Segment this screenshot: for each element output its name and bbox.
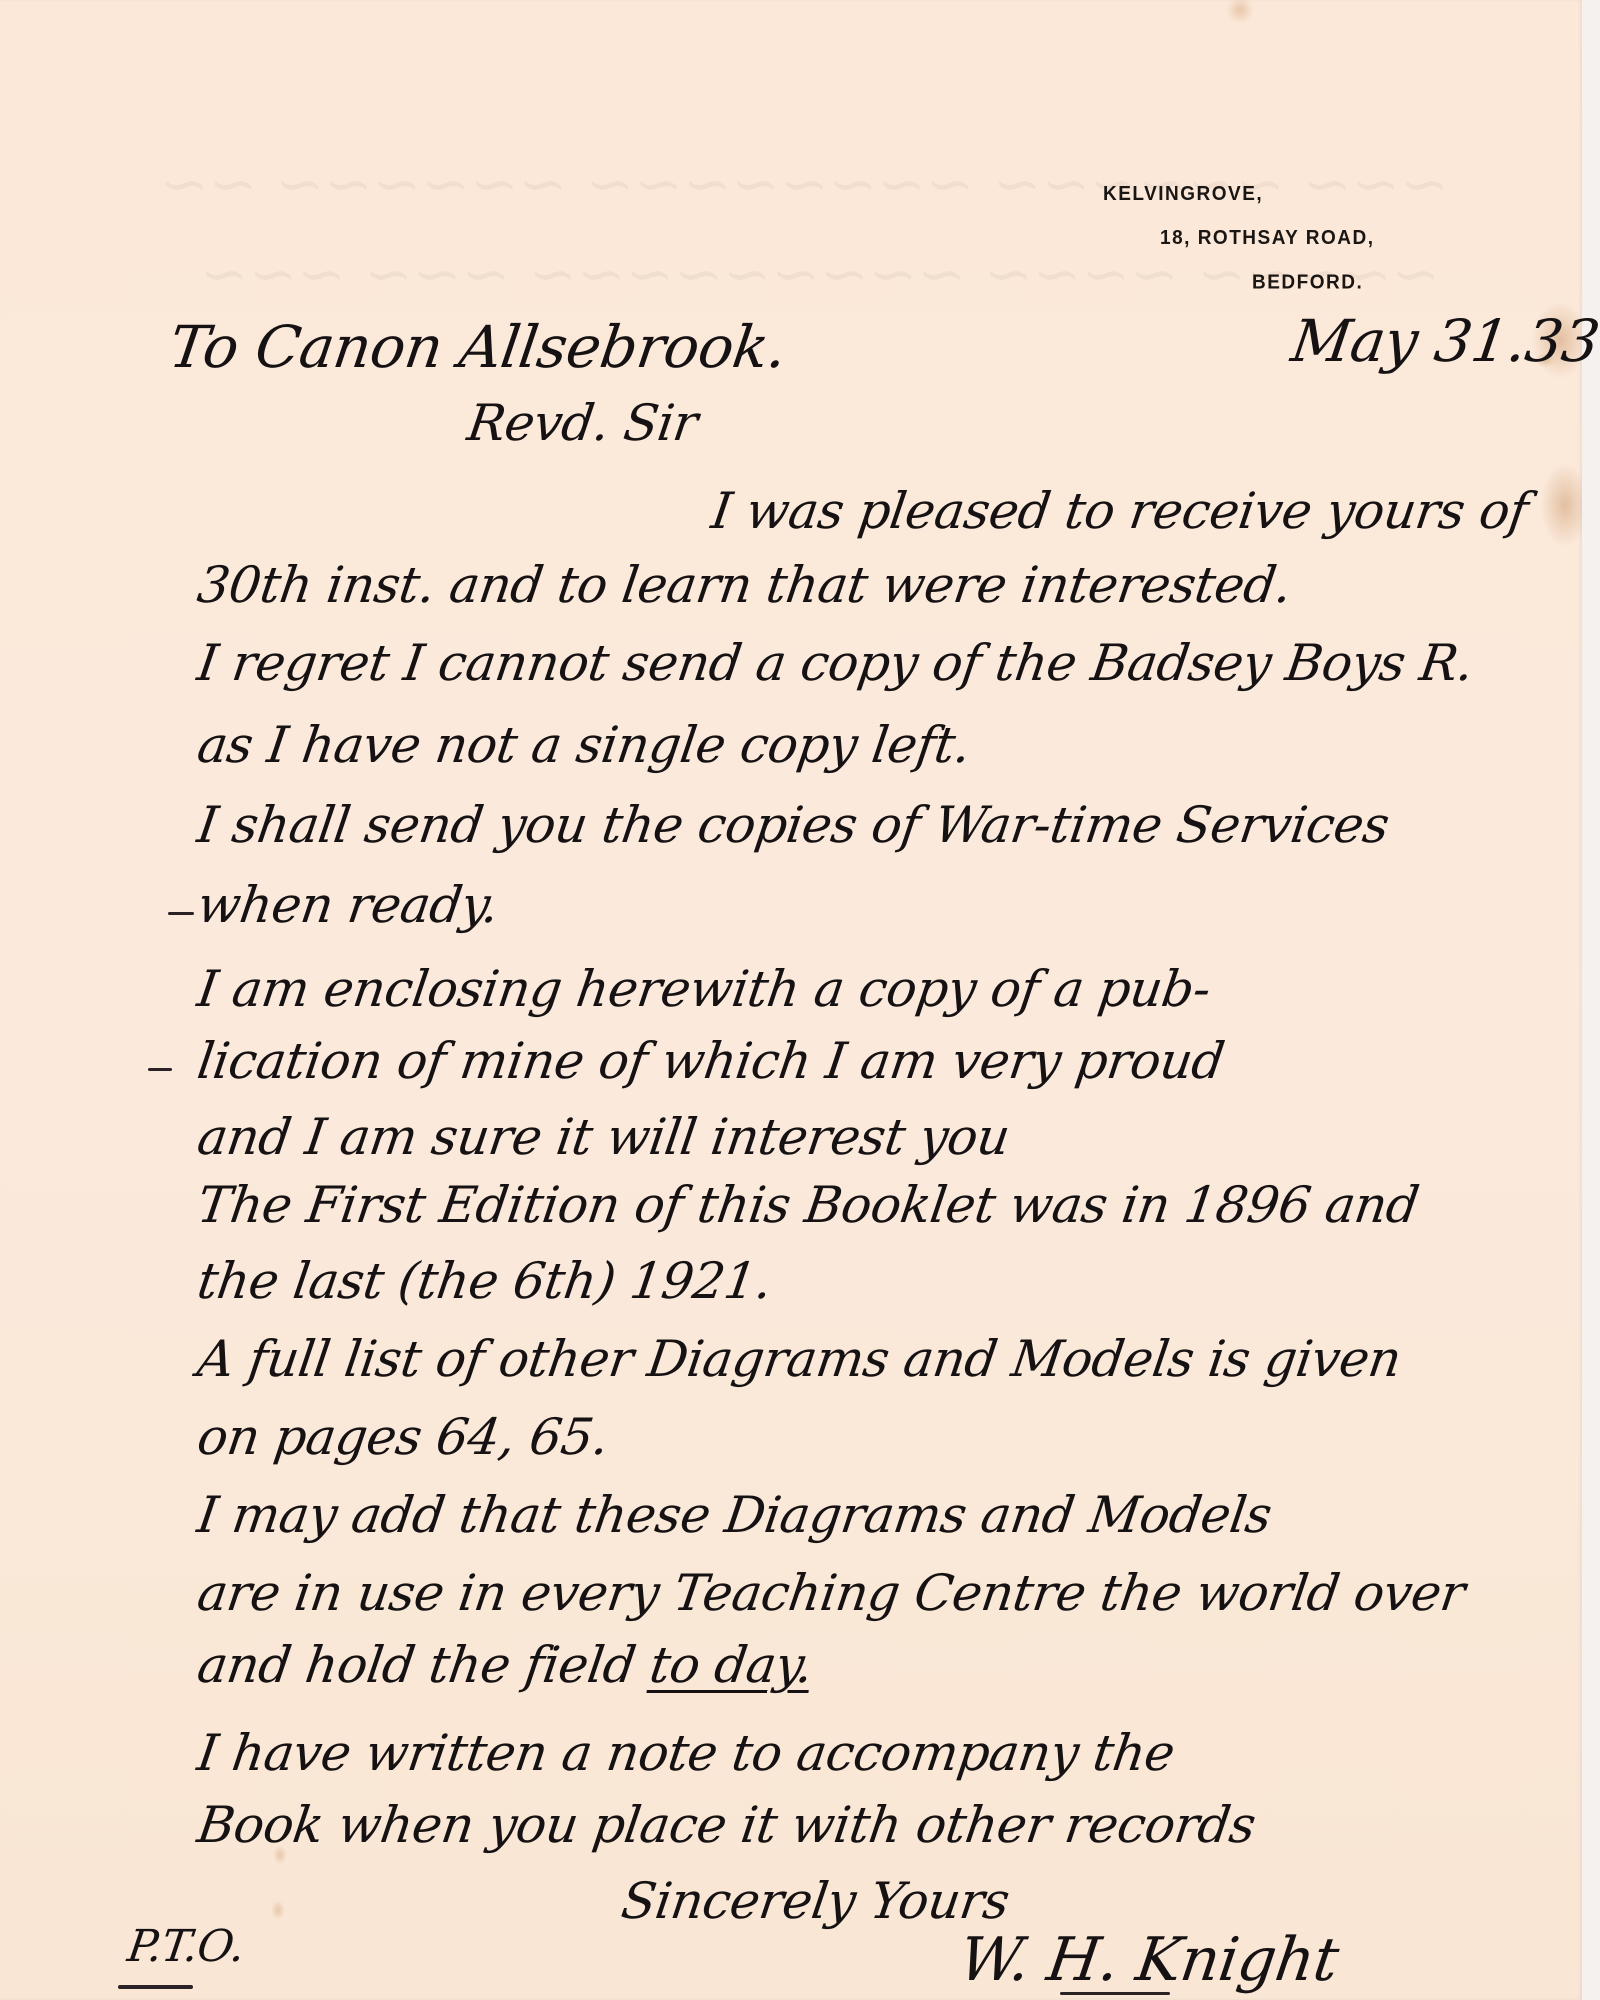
underlined-word: to day. bbox=[646, 1636, 816, 1694]
body-line: the last (the 6th) 1921. bbox=[194, 1256, 774, 1306]
closing: Sincerely Yours bbox=[618, 1876, 1012, 1926]
body-line: and I am sure it will interest you bbox=[194, 1112, 1012, 1162]
letter-paper: ~~~ ~~~~~~ ~~~~~~~~ ~~~~~~ ~~ ~~~~~ ~~~~… bbox=[0, 0, 1582, 2000]
body-line: I am enclosing herewith a copy of a pub- bbox=[194, 964, 1213, 1014]
body-line: I shall send you the copies of War-time … bbox=[194, 800, 1391, 850]
body-line: I have written a note to accompany the bbox=[194, 1728, 1177, 1778]
body-line: and hold the field to day. bbox=[194, 1640, 815, 1690]
body-line: A full list of other Diagrams and Models… bbox=[194, 1334, 1404, 1384]
margin-dash bbox=[148, 1068, 172, 1071]
letterhead-town: BEDFORD. bbox=[1252, 271, 1363, 294]
body-line: Book when you place it with other record… bbox=[194, 1800, 1258, 1850]
body-line: as I have not a single copy left. bbox=[194, 720, 973, 770]
body-line: I regret I cannot send a copy of the Bad… bbox=[194, 638, 1476, 688]
body-line: are in use in every Teaching Centre the … bbox=[194, 1568, 1467, 1618]
body-line: on pages 64, 65. bbox=[194, 1412, 611, 1462]
body-line: 30th inst. and to learn that were intere… bbox=[194, 560, 1294, 610]
body-line: I may add that these Diagrams and Models bbox=[194, 1490, 1274, 1540]
salutation: Revd. Sir bbox=[464, 398, 700, 448]
letterhead-house-name: KELVINGROVE, bbox=[1103, 183, 1263, 206]
body-line: I was pleased to receive yours of bbox=[708, 486, 1530, 536]
addressee: To Canon Allsebrook. bbox=[166, 318, 790, 376]
signature-underline bbox=[1060, 1992, 1170, 1995]
postscript-pto: P.T.O. bbox=[125, 1925, 247, 1969]
body-line: lication of mine of which I am very prou… bbox=[194, 1036, 1227, 1086]
body-line-text: and hold the field bbox=[194, 1636, 639, 1694]
body-line: The First Edition of this Booklet was in… bbox=[194, 1180, 1421, 1230]
margin-dash bbox=[168, 912, 194, 915]
body-line: when ready. bbox=[194, 880, 501, 930]
letterhead-street: 18, ROTHSAY ROAD, bbox=[1160, 227, 1375, 250]
pto-underline bbox=[118, 1985, 193, 1989]
letter-date: May 31.33 bbox=[1288, 312, 1600, 370]
signature: W. H. Knight bbox=[956, 1930, 1342, 1990]
